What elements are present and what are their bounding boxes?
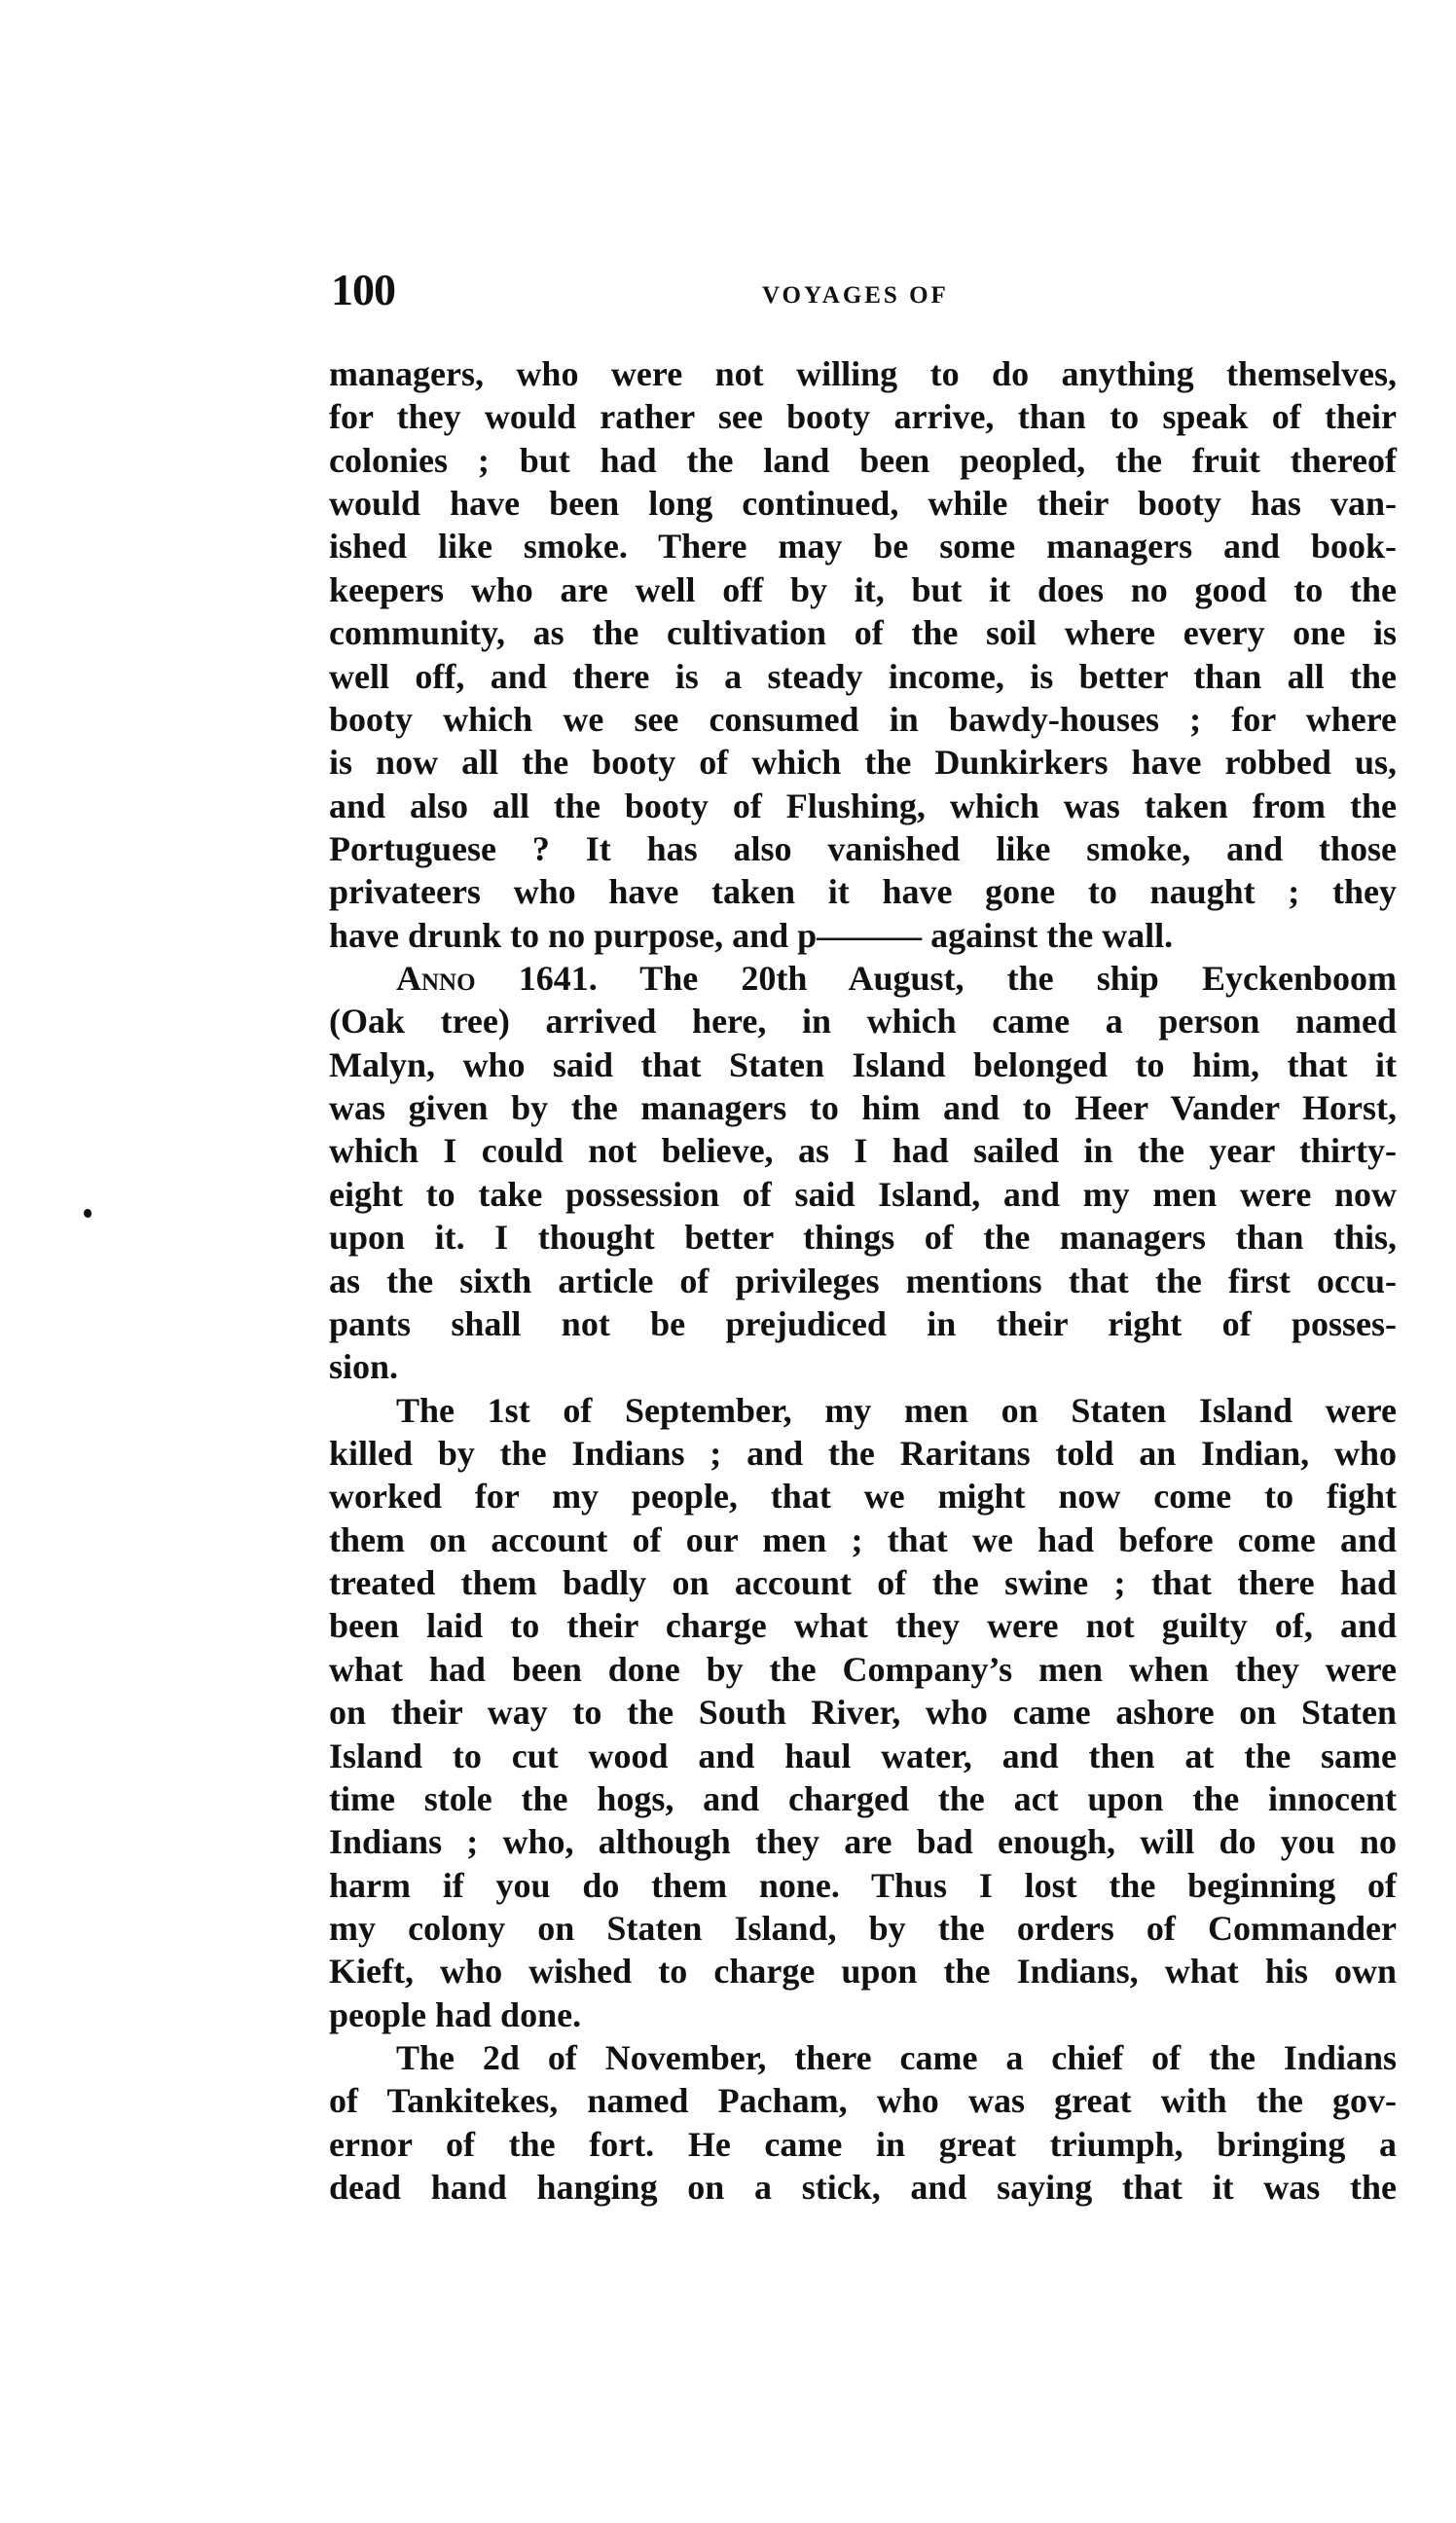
text-line: for they would rather see booty arrive, … — [329, 395, 1397, 438]
text-line: on their way to the South River, who cam… — [329, 1691, 1397, 1734]
text-line: keepers who are well off by it, but it d… — [329, 568, 1397, 611]
text-line: ernor of the fort. He came in great triu… — [329, 2123, 1397, 2166]
text-line: Island to cut wood and haul water, and t… — [329, 1735, 1397, 1777]
text-line: ished like smoke. There may be some mana… — [329, 525, 1397, 567]
text-line: well off, and there is a steady income, … — [329, 655, 1397, 698]
text-line: managers, who were not willing to do any… — [329, 352, 1397, 395]
text-line: eight to take possession of said Island,… — [329, 1173, 1397, 1216]
paragraph: The 1st of September, my men on Staten I… — [329, 1389, 1397, 2036]
text-line: people had done. — [329, 1993, 1397, 2036]
text-line: killed by the Indians ; and the Raritans… — [329, 1432, 1397, 1475]
text-line: worked for my people, that we might now … — [329, 1475, 1397, 1517]
text-line: Malyn, who said that Staten Island belon… — [329, 1043, 1397, 1086]
text-line: Indians ; who, although they are bad eno… — [329, 1820, 1397, 1863]
stray-ink-mark — [84, 1209, 91, 1218]
text-line: pants shall not be prejudiced in their r… — [329, 1302, 1397, 1345]
text-line: Portuguese ? It has also vanished like s… — [329, 827, 1397, 870]
text-run: 1641. The 20th August, the ship Eyckenbo… — [476, 959, 1397, 998]
text-line: harm if you do them none. Thus I lost th… — [329, 1864, 1397, 1907]
text-line-first: Anno 1641. The 20th August, the ship Eyc… — [329, 957, 1397, 1000]
paragraph: The 2d of November, there came a chief o… — [329, 2036, 1397, 2209]
text-line: colonies ; but had the land been peopled… — [329, 439, 1397, 482]
text-line: booty which we see consumed in bawdy-hou… — [329, 698, 1397, 741]
text-line: which I could not believe, as I had sail… — [329, 1129, 1397, 1172]
text-line: and also all the booty of Flushing, whic… — [329, 785, 1397, 827]
page-number: 100 — [331, 265, 395, 315]
body-text: managers, who were not willing to do any… — [329, 352, 1397, 2209]
paragraph: managers, who were not willing to do any… — [329, 352, 1397, 957]
text-line: privateers who have taken it have gone t… — [329, 870, 1397, 913]
text-line: of Tankitekes, named Pacham, who was gre… — [329, 2079, 1397, 2122]
text-line-first: The 2d of November, there came a chief o… — [329, 2036, 1397, 2079]
text-line: was given by the managers to him and to … — [329, 1086, 1397, 1129]
small-caps-lead: Anno — [396, 959, 476, 998]
text-line: treated them badly on account of the swi… — [329, 1561, 1397, 1604]
text-line-first: The 1st of September, my men on Staten I… — [329, 1389, 1397, 1432]
text-line: is now all the booty of which the Dunkir… — [329, 741, 1397, 784]
text-line: sion. — [329, 1345, 1397, 1388]
text-line: them on account of our men ; that we had… — [329, 1518, 1397, 1561]
text-line: my colony on Staten Island, by the order… — [329, 1907, 1397, 1950]
text-line: what had been done by the Company’s men … — [329, 1648, 1397, 1691]
paragraph: Anno 1641. The 20th August, the ship Eyc… — [329, 957, 1397, 1389]
text-line: upon it. I thought better things of the … — [329, 1216, 1397, 1259]
text-line: (Oak tree) arrived here, in which came a… — [329, 1000, 1397, 1042]
text-line: time stole the hogs, and charged the act… — [329, 1777, 1397, 1820]
text-line: dead hand hanging on a stick, and saying… — [329, 2166, 1397, 2209]
text-line: community, as the cultivation of the soi… — [329, 611, 1397, 654]
running-head: VOYAGES OF — [762, 281, 982, 311]
text-line: as the sixth article of privileges menti… — [329, 1260, 1397, 1302]
text-line: been laid to their charge what they were… — [329, 1604, 1397, 1647]
text-line: would have been long continued, while th… — [329, 482, 1397, 525]
text-line: have drunk to no purpose, and p——— again… — [329, 914, 1397, 957]
text-line: Kieft, who wished to charge upon the Ind… — [329, 1950, 1397, 1993]
